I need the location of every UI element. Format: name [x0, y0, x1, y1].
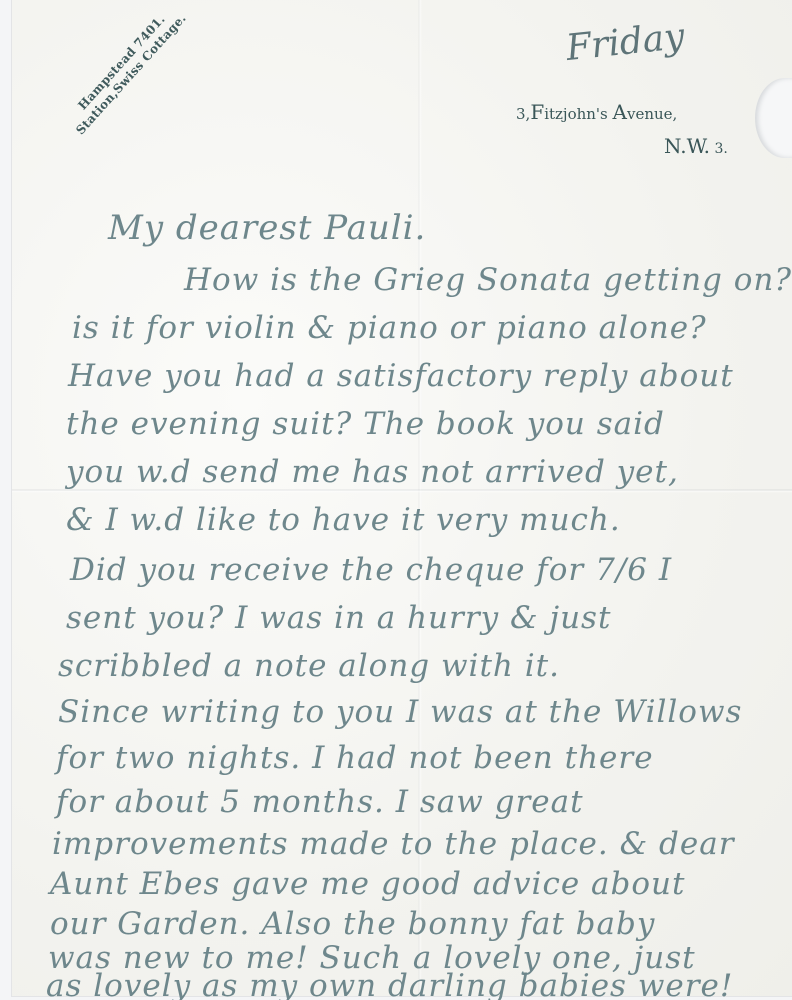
body-line: is it for violin & piano or piano alone? [72, 310, 707, 346]
address-avenue: venue, [627, 105, 677, 123]
body-line: scribbled a note along with it. [58, 648, 560, 684]
body-line: Have you had a satisfactory reply about [68, 358, 734, 394]
body-line: Since writing to you I was at the Willow… [58, 694, 742, 730]
postal-number: 3. [710, 141, 728, 157]
address-number: 3, [516, 105, 530, 123]
body-line: for two nights. I had not been there [56, 740, 654, 776]
body-line: you w.d send me has not arrived yet, [66, 454, 679, 490]
body-line: improvements made to the place. & dear [52, 826, 735, 862]
body-line: sent you? I was in a hurry & just [66, 600, 611, 636]
address-street: itzjohn's [544, 105, 612, 123]
salutation: My dearest Pauli. [108, 208, 426, 248]
address-avenue-initial: A [613, 100, 627, 124]
body-line: for about 5 months. I saw great [56, 784, 584, 820]
body-line: Did you receive the cheque for 7/6 I [70, 552, 672, 588]
body-line: & I w.d like to have it very much. [66, 502, 621, 538]
body-line: How is the Grieg Sonata getting on? [184, 262, 792, 298]
letterhead-address: 3,Fitzjohn's Avenue, [516, 100, 677, 124]
body-line: the evening suit? The book you said [66, 406, 665, 442]
body-line: Aunt Ebes gave me good advice about [50, 866, 685, 902]
address-street-initial: F [530, 100, 544, 124]
body-line: our Garden. Also the bonny fat baby [50, 906, 655, 942]
postal-district: N.W. [664, 134, 710, 158]
letterhead-postal: N.W. 3. [664, 134, 728, 158]
body-line: as lovely as my own darling babies were! [46, 968, 733, 1000]
